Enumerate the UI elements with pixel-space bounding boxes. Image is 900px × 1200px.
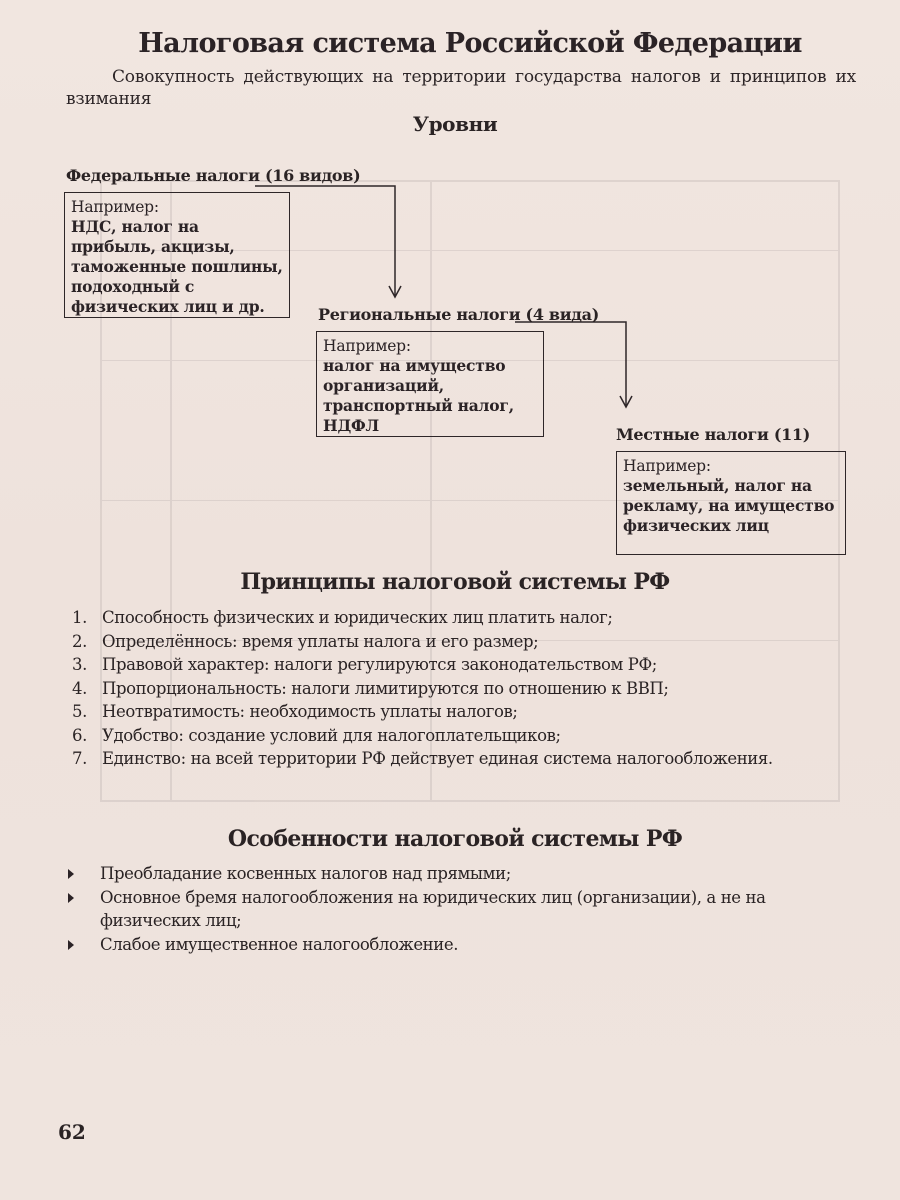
principle-item: 4.Пропорциональность: налоги лимитируютс… [72,677,852,701]
principle-item: 2.Определённось: время уплаты налога и е… [72,630,852,654]
principles-heading: Принципы налоговой системы РФ [0,569,900,595]
level-arrows [0,0,900,600]
features-heading: Особенности налоговой системы РФ [0,826,900,852]
triangle-bullet-icon [64,886,100,933]
triangle-bullet-icon [64,933,100,957]
principle-item: 5.Неотвратимость: необходимость уплаты н… [72,700,852,724]
principle-item: 3.Правовой характер: налоги регулируются… [72,653,852,677]
feature-item: Слабое имущественное налогообложение. [64,933,854,957]
principle-item: 7.Единство: на всей территории РФ действ… [72,747,852,771]
textbook-page: Налоговая система Российской Федерации С… [0,0,900,1200]
feature-item: Основное бремя налогообложения на юридич… [64,886,854,933]
features-list: Преобладание косвенных налогов над прямы… [64,862,854,956]
principle-item: 1.Способность физических и юридических л… [72,606,852,630]
principle-item: 6.Удобство: создание условий для налогоп… [72,724,852,748]
feature-item: Преобладание косвенных налогов над прямы… [64,862,854,886]
principles-list: 1.Способность физических и юридических л… [72,606,852,771]
triangle-bullet-icon [64,862,100,886]
page-number: 62 [58,1120,86,1144]
